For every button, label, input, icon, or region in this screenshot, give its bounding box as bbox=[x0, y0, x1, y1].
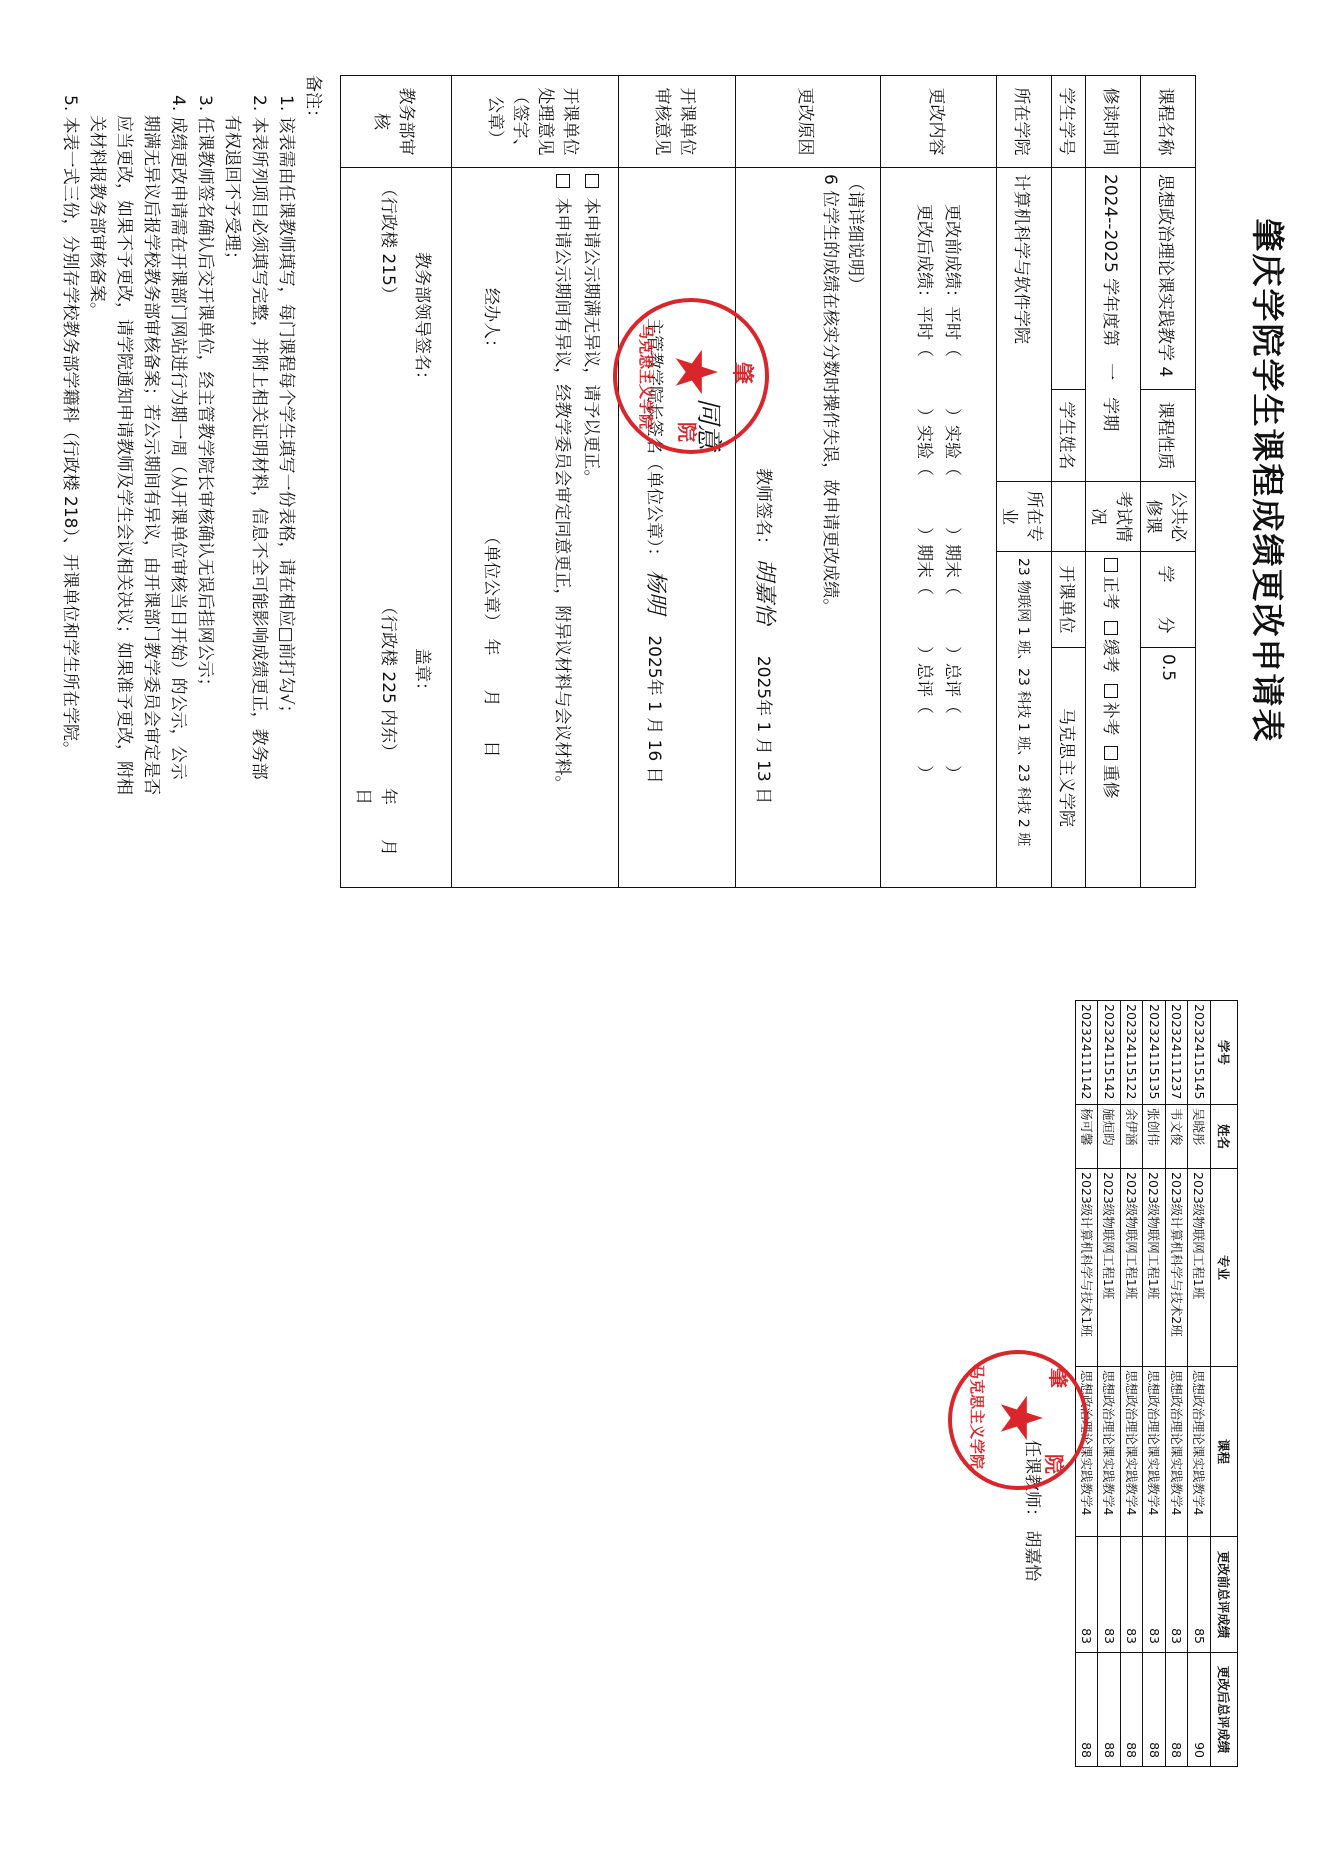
student-id-cell: 202324111237 bbox=[1166, 1001, 1189, 1105]
name-cell: 张创伟 bbox=[1143, 1105, 1166, 1169]
checkbox-icon[interactable] bbox=[1105, 621, 1119, 635]
course-name-label: 课程名称 bbox=[1141, 76, 1196, 168]
major-cell: 2023级计算机科学与技术2班 bbox=[1166, 1169, 1189, 1367]
form-table: 课程名称 思想政治理论课实践教学 4 课程性质 公共必修课 学 分 0.5 修读… bbox=[340, 75, 1196, 888]
table-row: 202324115122余伊涵2023级物联网工程1班思想政治理论课实践教学48… bbox=[1121, 1001, 1144, 1767]
name-cell: 杨可馨 bbox=[1076, 1105, 1099, 1169]
table-row: 202324115135张创伟2023级物联网工程1班思想政治理论课实践教学48… bbox=[1143, 1001, 1166, 1767]
grade-before-cell: 83 bbox=[1098, 1537, 1121, 1653]
exam-option-retake[interactable]: 重修 bbox=[1101, 746, 1121, 798]
handling-opinion-cell: 本申请公示期满无异议，请予以更正。 本申请公示期间有异议，经教学委员会审定同意更… bbox=[452, 168, 619, 888]
study-time-label: 修读时间 bbox=[1086, 76, 1141, 168]
exam-option-deferred[interactable]: 缓考 bbox=[1101, 621, 1121, 673]
checkbox-icon[interactable] bbox=[556, 174, 570, 188]
dept-leader-sign: 教务部领导签名： bbox=[412, 252, 437, 388]
grade-before-cell: 83 bbox=[1166, 1537, 1189, 1653]
student-id-cell: 202324115145 bbox=[1188, 1001, 1211, 1105]
college-seal-stamp: 肇 ★ 院 马克思主义学院 bbox=[613, 298, 769, 454]
seal-right-char: 院 bbox=[1041, 1454, 1070, 1474]
dean-signature: 杨明 bbox=[643, 570, 668, 614]
table-row: 202324115145吴晓彤2023级物联网工程1班思想政治理论课实践教学48… bbox=[1188, 1001, 1211, 1767]
col-grade-before: 更改前总评成绩 bbox=[1211, 1537, 1238, 1653]
grade-after-cell: 88 bbox=[1143, 1653, 1166, 1767]
note-item: 4. 成绩更改申请需在开课部门网站进行为期一周（从开课单位审核当日开始）的公示，… bbox=[164, 75, 191, 887]
change-content-label: 更改内容 bbox=[881, 76, 997, 168]
exam-option-regular[interactable]: 正考 bbox=[1101, 558, 1121, 610]
checkbox-icon[interactable] bbox=[585, 174, 599, 188]
student-id-cell: 202324115135 bbox=[1143, 1001, 1166, 1105]
major-label: 所在专业 bbox=[997, 482, 1052, 552]
star-icon: ★ bbox=[992, 1392, 1050, 1444]
course-cell: 思想政治理论课实践教学4 bbox=[1121, 1367, 1144, 1537]
notes-title: 备注： bbox=[299, 75, 326, 887]
student-id-cell: 202324115142 bbox=[1098, 1001, 1121, 1105]
grade-before-cell: 83 bbox=[1121, 1537, 1144, 1653]
major-cell: 2023级计算机科学与技术1班 bbox=[1076, 1169, 1099, 1367]
grade-after-cell: 90 bbox=[1188, 1653, 1211, 1767]
note-item: 2. 本表所列项目必须填写完整，并附上相关证明材料，信息不全可能影响成绩更正，教… bbox=[245, 75, 272, 887]
major-cell: 2023级物联网工程1班 bbox=[1098, 1169, 1121, 1367]
student-name-label: 学生姓名 bbox=[1052, 390, 1086, 482]
checkbox-icon[interactable] bbox=[1105, 684, 1119, 698]
college-label: 所在学院 bbox=[997, 76, 1052, 168]
grades-before[interactable]: 更改前成绩：平时（ ）实验（ ）期末（ ）总评（ ） bbox=[939, 174, 967, 881]
name-cell: 余伊涵 bbox=[1121, 1105, 1144, 1169]
teacher-signature-row: 教师签名： 胡嘉怡 2025年 1 月 13 日 bbox=[751, 468, 782, 804]
dept-seal: 盖章： bbox=[412, 648, 437, 699]
col-name: 姓名 bbox=[1211, 1105, 1238, 1169]
teacher-name: 胡嘉怡 bbox=[1022, 1530, 1042, 1581]
col-grade-after: 更改后总评成绩 bbox=[1211, 1653, 1238, 1767]
reason-hint: （请详细说明） bbox=[845, 174, 870, 881]
major-cell: 2023级物联网工程1班 bbox=[1188, 1169, 1211, 1367]
course-cell: 思想政治理论课实践教学4 bbox=[1098, 1367, 1121, 1537]
teacher-signature: 胡嘉怡 bbox=[752, 558, 777, 624]
offering-unit-value[interactable]: 马克思主义学院 bbox=[1052, 648, 1086, 888]
table-row: 202324111142杨可馨2023级计算机科学与技术1班思想政治理论课实践教… bbox=[1076, 1001, 1099, 1767]
review-opinion-label: 开课单位审核意见 bbox=[619, 76, 736, 168]
form-title: 肇庆学院学生课程成绩更改申请表 bbox=[1232, 75, 1302, 887]
checkbox-icon[interactable] bbox=[1105, 746, 1119, 760]
study-time-value[interactable]: 2024--2025 学年度第 一 学期 bbox=[1086, 168, 1141, 482]
name-cell: 韦文俊 bbox=[1166, 1105, 1189, 1169]
review-opinion-cell: 同意 主管教学院长签名（单位公章）： 杨明 2025年 1 月 16 日 肇 ★… bbox=[619, 168, 736, 888]
name-cell: 施烜昀 bbox=[1098, 1105, 1121, 1169]
student-name-value[interactable] bbox=[1052, 482, 1086, 552]
seal-bottom-text: 马克思主义学院 bbox=[636, 324, 657, 429]
notes-section: 备注： 1. 该表需由任课教师填写，每门课程每个学生填写一份表格，请在相应□前打… bbox=[56, 75, 326, 887]
major-cell: 2023级物联网工程1班 bbox=[1143, 1169, 1166, 1367]
dept-leader-room: （行政楼 215） bbox=[378, 180, 403, 303]
major-value[interactable]: 23 物联网 1 班、23 科技 1 班、23 科技 2 班 bbox=[997, 552, 1052, 888]
college-value[interactable]: 计算机科学与软件学院 bbox=[997, 168, 1052, 482]
dept-date: 年 月 日 bbox=[353, 788, 403, 887]
change-reason-cell: （请详细说明） 6 位学生的成绩在核实分数时操作失误，故申请更改成绩。 教师签名… bbox=[736, 168, 881, 888]
handling-opinion-label: 开课单位处理意见（签字、公章） bbox=[452, 76, 619, 168]
course-name-value[interactable]: 思想政治理论课实践教学 4 bbox=[1141, 168, 1196, 390]
student-id-cell: 202324111142 bbox=[1076, 1001, 1099, 1105]
student-grade-list: 学号 姓名 专业 课程 更改前总评成绩 更改后总评成绩 202324115145… bbox=[938, 1000, 1238, 1768]
handler-label: 经办人： bbox=[481, 288, 506, 356]
note-item: 期满无异议后报学校教务部审核备案；若公示期间有异议，由开课部门教学委员会审定是否 bbox=[137, 75, 164, 887]
col-course: 课程 bbox=[1211, 1367, 1238, 1537]
reason-text[interactable]: 6 位学生的成绩在核实分数时操作失误，故申请更改成绩。 bbox=[820, 174, 845, 881]
dept-seal-room: （行政楼 225 内东） bbox=[378, 598, 403, 760]
grade-before-cell: 83 bbox=[1143, 1537, 1166, 1653]
course-cell: 思想政治理论课实践教学4 bbox=[1188, 1367, 1211, 1537]
handling-option-2[interactable]: 本申请公示期间有异议，经教学委员会审定同意更正，附异议材料与会议材料。 bbox=[552, 174, 577, 881]
grades-after[interactable]: 更改后成绩：平时（ ）实验（ ）期末（ ）总评（ ） bbox=[911, 174, 939, 881]
student-id-value[interactable] bbox=[1052, 168, 1086, 390]
grade-after-cell: 88 bbox=[1098, 1653, 1121, 1767]
credit-label: 学 分 bbox=[1141, 552, 1196, 648]
col-student-id: 学号 bbox=[1211, 1001, 1238, 1105]
exam-option-makeup[interactable]: 补考 bbox=[1101, 684, 1121, 736]
marxism-college-stamp: 肇 ★ 院 马克思主义学院 bbox=[948, 1350, 1088, 1490]
grade-after-cell: 88 bbox=[1166, 1653, 1189, 1767]
credit-value[interactable]: 0.5 bbox=[1141, 648, 1196, 888]
student-table: 学号 姓名 专业 课程 更改前总评成绩 更改后总评成绩 202324115145… bbox=[1075, 1000, 1238, 1767]
grade-before-cell: 85 bbox=[1188, 1537, 1211, 1653]
offering-unit-label: 开课单位 bbox=[1052, 552, 1086, 648]
name-cell: 吴晓彤 bbox=[1188, 1105, 1211, 1169]
note-item: 关材料报教务部审核备案。 bbox=[83, 75, 110, 887]
teacher-sign-date: 2025年 1 月 13 日 bbox=[753, 656, 773, 804]
checkbox-icon[interactable] bbox=[1105, 558, 1119, 572]
col-major: 专业 bbox=[1211, 1169, 1238, 1367]
note-item: 5. 本表一式三份，分别存学校教务部学籍科（行政楼 218）、开课单位和学生所在… bbox=[56, 75, 83, 887]
teacher-sign-label: 教师签名： bbox=[753, 468, 773, 553]
seal-top-char: 肇 bbox=[1045, 1368, 1074, 1388]
seal-right-char: 院 bbox=[674, 422, 703, 442]
grade-change-form: 肇庆学院学生课程成绩更改申请表 课程名称 思想政治理论课实践教学 4 课程性质 … bbox=[92, 75, 1302, 887]
grade-before-cell: 83 bbox=[1076, 1537, 1099, 1653]
note-item: 1. 该表需由任课教师填写，每门课程每个学生填写一份表格，请在相应□前打勾√； bbox=[272, 75, 299, 887]
grade-after-cell: 88 bbox=[1076, 1653, 1099, 1767]
student-id-cell: 202324115122 bbox=[1121, 1001, 1144, 1105]
seal-top-char: 肇 bbox=[728, 362, 759, 384]
note-item: 3. 任课教师签名确认后交开课单位，经主管教学院长审核确认无误后挂网公示； bbox=[191, 75, 218, 887]
handling-seal-date: （单位公章） 年 月 日 bbox=[481, 528, 506, 758]
star-icon: ★ bbox=[667, 346, 725, 398]
course-cell: 思想政治理论课实践教学4 bbox=[1166, 1367, 1189, 1537]
seal-bottom-text: 马克思主义学院 bbox=[967, 1364, 988, 1469]
handling-option-1[interactable]: 本申请公示期满无异议，请予以更正。 bbox=[581, 174, 606, 881]
student-rows: 202324115145吴晓彤2023级物联网工程1班思想政治理论课实践教学48… bbox=[1076, 1001, 1211, 1767]
major-cell: 2023级物联网工程1班 bbox=[1121, 1169, 1144, 1367]
note-item: 有权退回不予受理； bbox=[218, 75, 245, 887]
exam-status-options: 正考 缓考 补考 重修 bbox=[1086, 552, 1141, 888]
grade-after-cell: 88 bbox=[1121, 1653, 1144, 1767]
academic-affairs-cell: 教务部领导签名： （行政楼 215） 盖章： （行政楼 225 内东） 年 月 … bbox=[341, 168, 452, 888]
table-header: 学号 姓名 专业 课程 更改前总评成绩 更改后总评成绩 bbox=[1211, 1001, 1238, 1767]
change-reason-label: 更改原因 bbox=[736, 76, 881, 168]
academic-affairs-label: 教务部审核 bbox=[341, 76, 452, 168]
table-row: 202324115142施烜昀2023级物联网工程1班思想政治理论课实践教学48… bbox=[1098, 1001, 1121, 1767]
dean-sign-date: 2025年 1 月 16 日 bbox=[644, 635, 664, 783]
course-cell: 思想政治理论课实践教学4 bbox=[1143, 1367, 1166, 1537]
change-content-grades: 更改前成绩：平时（ ）实验（ ）期末（ ）总评（ ） 更改后成绩：平时（ ）实验… bbox=[881, 168, 997, 888]
course-type-label: 课程性质 bbox=[1141, 390, 1196, 482]
course-type-value[interactable]: 公共必修课 bbox=[1141, 482, 1196, 552]
note-item: 应当更改，如果不予更改，请学院通知申请教师及学生会议相关决议；如果准予更改，附相 bbox=[110, 75, 137, 887]
student-id-label: 学生学号 bbox=[1052, 76, 1086, 168]
exam-status-label: 考试情况 bbox=[1086, 482, 1141, 552]
table-row: 202324111237韦文俊2023级计算机科学与技术2班思想政治理论课实践教… bbox=[1166, 1001, 1189, 1767]
